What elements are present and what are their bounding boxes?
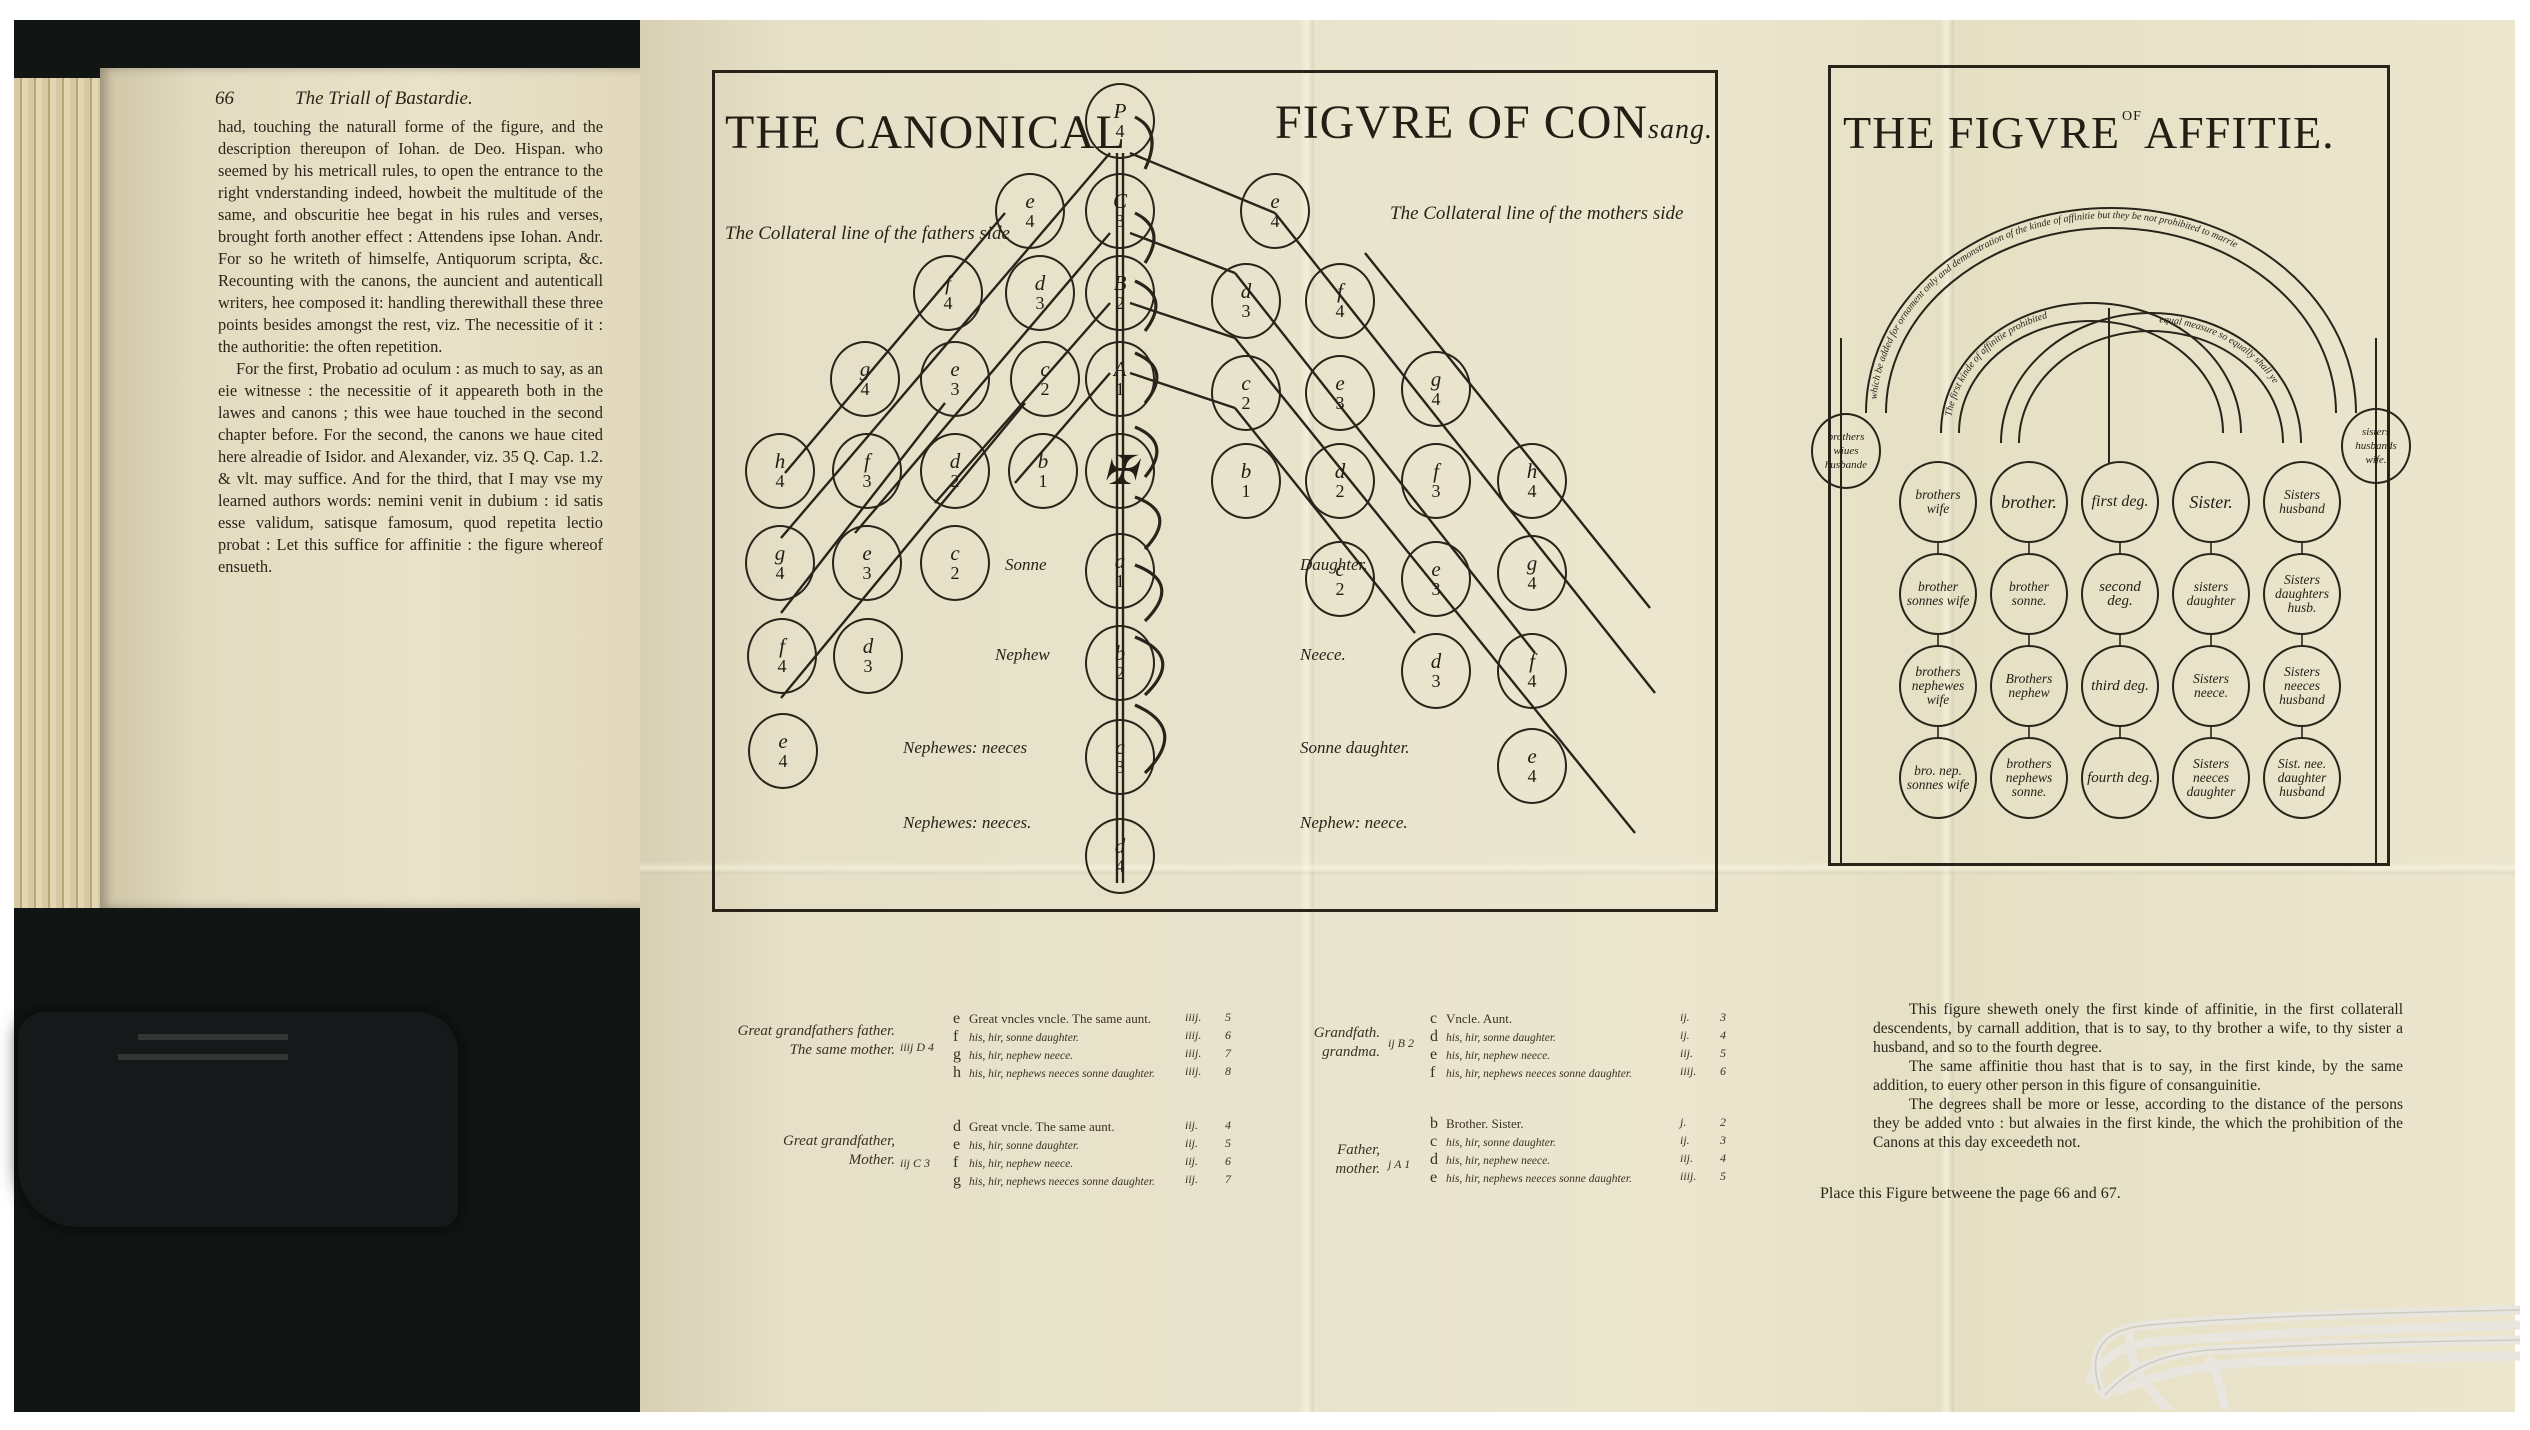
affinity-node-side: sisters husbands wife. bbox=[2341, 408, 2411, 484]
consanguinity-figure: THE CANONICAL FIGVRE OF CONsang. The Col… bbox=[712, 70, 1718, 912]
cloth-band bbox=[118, 1054, 288, 1060]
tree-node-left: e3 bbox=[920, 341, 990, 417]
affinity-note: This figure sheweth onely the first kind… bbox=[1873, 1000, 2403, 1152]
string-cord bbox=[2060, 1270, 2520, 1410]
tree-node-right: f4 bbox=[1305, 263, 1375, 339]
bottom-margin bbox=[0, 1412, 2530, 1430]
affinity-node: brother sonne. bbox=[1990, 553, 2068, 635]
legend-roman: iij. bbox=[1185, 1172, 1198, 1187]
legend-degree: 3 bbox=[1720, 1010, 1726, 1025]
right-margin bbox=[2514, 0, 2530, 1430]
tree-node-left: d3 bbox=[1005, 255, 1075, 331]
tree-node-right: f3 bbox=[1401, 443, 1471, 519]
affinity-node-degree: first deg. bbox=[2081, 461, 2159, 543]
legend-roman: iij. bbox=[1680, 1151, 1693, 1166]
tree-node-right: c2 bbox=[1305, 541, 1375, 617]
legend-row: fhis, hir, nephews neeces sonne daughter… bbox=[1430, 1064, 1632, 1082]
legend-degree: 3 bbox=[1720, 1133, 1726, 1148]
affinity-node-degree: third deg. bbox=[2081, 645, 2159, 727]
legend-degree: 2 bbox=[1720, 1115, 1726, 1130]
tree-node-left: e3 bbox=[832, 525, 902, 601]
legend-roman: iij. bbox=[1185, 1118, 1198, 1133]
relation-label: Sonne bbox=[1005, 555, 1047, 575]
top-margin bbox=[0, 0, 2530, 20]
relation-label: Daughter. bbox=[1300, 555, 1368, 575]
tree-node-left: e4 bbox=[995, 173, 1065, 249]
cloth-weight bbox=[18, 1012, 458, 1227]
legend-roman: ij. bbox=[1680, 1028, 1690, 1043]
legend-head: Great grandfather, Mother. bbox=[755, 1132, 895, 1170]
legend-degree: 8 bbox=[1225, 1064, 1231, 1079]
page-number: 66 bbox=[215, 88, 234, 109]
affinity-node: brothers nephewes wife bbox=[1899, 645, 1977, 727]
tree-node-right: g4 bbox=[1497, 535, 1567, 611]
father-side-label: The Collateral line of the fathers side bbox=[725, 223, 1010, 245]
tree-node-left: f4 bbox=[747, 618, 817, 694]
legend-degree: 4 bbox=[1720, 1028, 1726, 1043]
note-paragraph: This figure sheweth onely the first kind… bbox=[1873, 1000, 2403, 1057]
tree-node-right: d3 bbox=[1401, 633, 1471, 709]
legend-head: Father, mother. bbox=[1300, 1141, 1380, 1179]
tree-node-center: b2 bbox=[1085, 625, 1155, 701]
tree-node-center: P4 bbox=[1085, 83, 1155, 159]
consanguinity-title-left: THE CANONICAL bbox=[725, 105, 1126, 160]
legend-row: ehis, hir, nephew neece. bbox=[1430, 1046, 1550, 1064]
affinity-node: brothers wife bbox=[1899, 461, 1977, 543]
legend-degree: 6 bbox=[1225, 1028, 1231, 1043]
affinity-node: Sisters daughters husb. bbox=[2263, 553, 2341, 635]
placement-instruction: Place this Figure betweene the page 66 a… bbox=[1820, 1185, 2121, 1203]
tree-node-right: h4 bbox=[1497, 443, 1567, 519]
legend-head: Grandfath. grandma. bbox=[1300, 1024, 1380, 1062]
affinity-node: Sisters neeces husband bbox=[2263, 645, 2341, 727]
legend-degree: 7 bbox=[1225, 1046, 1231, 1061]
legend-degree: 5 bbox=[1225, 1010, 1231, 1025]
tree-node-left: h4 bbox=[745, 433, 815, 509]
affinity-node: bro. nep. sonnes wife bbox=[1899, 737, 1977, 819]
legend-degree: 5 bbox=[1225, 1136, 1231, 1151]
left-book-page: 66 The Triall of Bastardie. had, touchin… bbox=[100, 68, 645, 908]
tree-node-center: c3 bbox=[1085, 719, 1155, 795]
legend-row: dhis, hir, nephew neece. bbox=[1430, 1151, 1550, 1169]
title-text: FIGVRE OF CON bbox=[1275, 96, 1648, 149]
legend-code: ij B 2 bbox=[1388, 1036, 1414, 1051]
tree-node-left: b1 bbox=[1008, 433, 1078, 509]
tree-node-left: f4 bbox=[913, 255, 983, 331]
tree-node-right: e3 bbox=[1305, 355, 1375, 431]
tree-node-left: d3 bbox=[833, 618, 903, 694]
legend-roman: ij. bbox=[1680, 1133, 1690, 1148]
consanguinity-title-right: FIGVRE OF CONsang. bbox=[1275, 95, 1713, 150]
affinity-node: brothers nephews sonne. bbox=[1990, 737, 2068, 819]
relation-label: Nephew: neece. bbox=[1300, 813, 1408, 833]
tree-node-right: e3 bbox=[1401, 541, 1471, 617]
legend-degree: 6 bbox=[1720, 1064, 1726, 1079]
tree-node-center: C3 bbox=[1085, 173, 1155, 249]
legend-roman: iiij. bbox=[1185, 1010, 1201, 1025]
legend-degree: 4 bbox=[1225, 1118, 1231, 1133]
legend-code: iij C 3 bbox=[900, 1156, 930, 1171]
affinity-node: Sisters neeces daughter bbox=[2172, 737, 2250, 819]
mother-side-label: The Collateral line of the mothers side bbox=[1390, 203, 1683, 225]
relation-label: Sonne daughter. bbox=[1300, 738, 1410, 758]
left-margin bbox=[0, 0, 14, 1430]
cross-icon: ✠ bbox=[1085, 433, 1155, 509]
legend-row: fhis, hir, nephew neece. bbox=[953, 1154, 1073, 1172]
affinity-node: brother sonnes wife bbox=[1899, 553, 1977, 635]
tree-node-left: c2 bbox=[920, 525, 990, 601]
legend-degree: 6 bbox=[1225, 1154, 1231, 1169]
legend-degree: 5 bbox=[1720, 1169, 1726, 1184]
legend-roman: iij. bbox=[1185, 1154, 1198, 1169]
legend-row: dGreat vncle. The same aunt. bbox=[953, 1118, 1115, 1136]
tree-node-left: d2 bbox=[920, 433, 990, 509]
note-paragraph: The same affinitie thou hast that is to … bbox=[1873, 1057, 2403, 1095]
tree-node-left: c2 bbox=[1010, 341, 1080, 417]
legend-row: bBrother. Sister. bbox=[1430, 1115, 1524, 1133]
cloth-band bbox=[138, 1034, 288, 1040]
affinity-node: Brothers nephew bbox=[1990, 645, 2068, 727]
tree-node-right: d3 bbox=[1211, 263, 1281, 339]
affinity-node: sisters daughter bbox=[2172, 553, 2250, 635]
foldout-sheet: THE CANONICAL FIGVRE OF CONsang. The Col… bbox=[640, 20, 2515, 1412]
tree-node-right: b1 bbox=[1211, 443, 1281, 519]
relation-label: Nephew bbox=[995, 645, 1050, 665]
paragraph: For the first, Probatio ad oculum : as m… bbox=[218, 358, 603, 578]
legend-roman: iiij. bbox=[1185, 1046, 1201, 1061]
note-paragraph: The degrees shall be more or lesse, acco… bbox=[1873, 1095, 2403, 1152]
legend-row: fhis, hir, sonne daughter. bbox=[953, 1028, 1079, 1046]
legend-roman: j. bbox=[1680, 1115, 1686, 1130]
affinity-figure: THE FIGVREOFAFFITIE. bbox=[1828, 65, 2390, 866]
legend-roman: iiij. bbox=[1185, 1028, 1201, 1043]
affinity-node: Sister. bbox=[2172, 461, 2250, 543]
legend-roman: iiij. bbox=[1680, 1064, 1696, 1079]
affinity-node-degree: fourth deg. bbox=[2081, 737, 2159, 819]
legend-head: Great grandfathers father. The same moth… bbox=[715, 1022, 895, 1060]
tree-node-center: B2 bbox=[1085, 255, 1155, 331]
legend-roman: iiij. bbox=[1680, 1169, 1696, 1184]
legend-roman: iij. bbox=[1185, 1136, 1198, 1151]
legend-row: ghis, hir, nephew neece. bbox=[953, 1046, 1073, 1064]
tree-node-right: e4 bbox=[1240, 173, 1310, 249]
legend-row: chis, hir, sonne daughter. bbox=[1430, 1133, 1556, 1151]
tree-node-left: g4 bbox=[745, 525, 815, 601]
affinity-node-side: brothers wiues husbande bbox=[1811, 413, 1881, 489]
legend-degree: 7 bbox=[1225, 1172, 1231, 1187]
title-suffix: sang. bbox=[1648, 114, 1713, 145]
legend-row: ehis, hir, sonne daughter. bbox=[953, 1136, 1079, 1154]
tree-node-left: f3 bbox=[832, 433, 902, 509]
page-header: 66 The Triall of Bastardie. bbox=[215, 88, 600, 110]
tree-node-center: A1 bbox=[1085, 341, 1155, 417]
arc-right-text: equal measure so equally shall ye bbox=[2159, 314, 2281, 386]
relation-label: Neece. bbox=[1300, 645, 1346, 665]
relation-label: Nephewes: neeces bbox=[903, 738, 1027, 758]
relation-label: Nephewes: neeces. bbox=[903, 813, 1031, 833]
legend-code: j A 1 bbox=[1388, 1157, 1410, 1172]
tree-node-right: g4 bbox=[1401, 351, 1471, 427]
legend-code: iiij D 4 bbox=[900, 1040, 934, 1055]
tree-node-center: d4 bbox=[1085, 818, 1155, 894]
tree-node-center: a1 bbox=[1085, 533, 1155, 609]
affinity-node: Sist. nee. daughter husband bbox=[2263, 737, 2341, 819]
legend-row: ehis, hir, nephews neeces sonne daughter… bbox=[1430, 1169, 1632, 1187]
tree-node-right: f4 bbox=[1497, 633, 1567, 709]
affinity-node: brother. bbox=[1990, 461, 2068, 543]
legend-row: dhis, hir, sonne daughter. bbox=[1430, 1028, 1556, 1046]
paragraph: had, touching the naturall forme of the … bbox=[218, 116, 603, 358]
legend-row: ghis, hir, nephews neeces sonne daughter… bbox=[953, 1172, 1155, 1190]
legend-row: eGreat vncles vncle. The same aunt. bbox=[953, 1010, 1151, 1028]
affinity-node-degree: second deg. bbox=[2081, 553, 2159, 635]
affinity-node: Sisters husband bbox=[2263, 461, 2341, 543]
legend-degree: 4 bbox=[1720, 1151, 1726, 1166]
page-body: had, touching the naturall forme of the … bbox=[218, 116, 603, 578]
book-page-edges bbox=[14, 78, 114, 908]
tree-node-right: e4 bbox=[1497, 728, 1567, 804]
legend-roman: iij. bbox=[1680, 1046, 1693, 1061]
tree-node-left: g4 bbox=[830, 341, 900, 417]
running-head: The Triall of Bastardie. bbox=[295, 88, 473, 110]
legend-degree: 5 bbox=[1720, 1046, 1726, 1061]
legend-roman: ij. bbox=[1680, 1010, 1690, 1025]
legend-roman: iiij. bbox=[1185, 1064, 1201, 1079]
tree-node-right: c2 bbox=[1211, 355, 1281, 431]
legend-row: hhis, hir, nephews neeces sonne daughter… bbox=[953, 1064, 1155, 1082]
tree-node-left: e4 bbox=[748, 713, 818, 789]
affinity-node: Sisters neece. bbox=[2172, 645, 2250, 727]
tree-node-right: d2 bbox=[1305, 443, 1375, 519]
legend-row: cVncle. Aunt. bbox=[1430, 1010, 1512, 1028]
